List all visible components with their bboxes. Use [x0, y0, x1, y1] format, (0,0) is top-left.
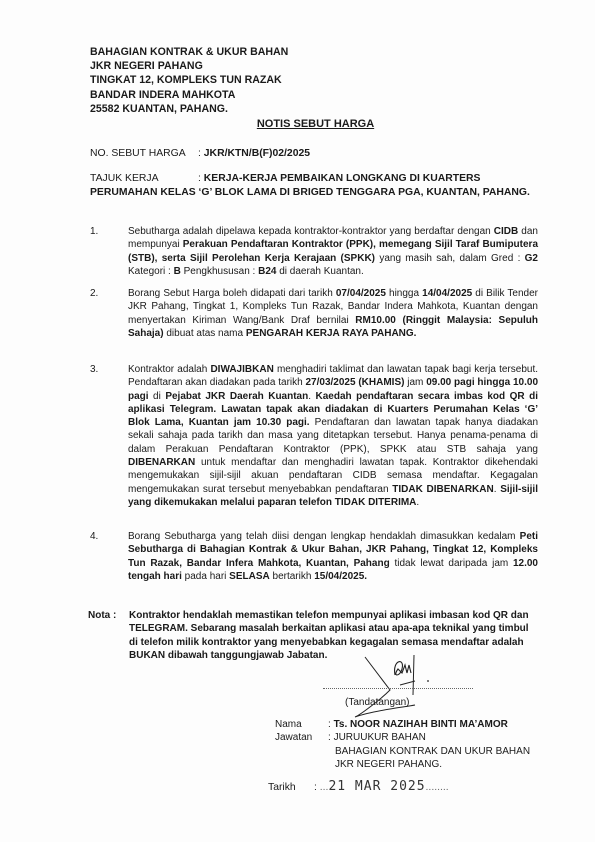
work-title-label: TAJUK KERJA: [90, 172, 198, 186]
address-line: BANDAR INDERA MAHKOTA: [90, 88, 288, 102]
note-text: Kontraktor hendaklah memastikan telefon …: [129, 609, 540, 662]
clause-text: Kontraktor adalah DIWAJIBKAN menghadiri …: [128, 363, 538, 509]
clause-text: Borang Sebutharga yang telah diisi denga…: [128, 530, 538, 583]
work-title: TAJUK KERJA: KERJA-KERJA PEMBAIKAN LONGK…: [90, 172, 535, 199]
date-stamp: 21 MAR 2025: [328, 779, 425, 794]
address-line: JKR NEGERI PAHANG: [90, 59, 288, 73]
clause-2: 2. Borang Sebut Harga boleh didapati dar…: [90, 287, 538, 340]
clause-number: 3.: [90, 363, 98, 376]
name-value: Ts. NOOR NAZIHAH BINTI MA’AMOR: [334, 719, 508, 730]
position-line: JKR NEGERI PAHANG.: [335, 758, 530, 771]
signature-line: [323, 688, 473, 689]
clause-1: 1. Sebutharga adalah dipelawa kepada kon…: [90, 225, 538, 278]
position-line: BAHAGIAN KONTRAK DAN UKUR BAHAN: [335, 745, 530, 758]
address-line: TINGKAT 12, KOMPLEKS TUN RAZAK: [90, 73, 288, 87]
clause-number: 2.: [90, 287, 98, 300]
note-section: Nota : Kontraktor hendaklah memastikan t…: [88, 609, 540, 662]
date-field: Tarikh: ...21 MAR 2025........: [268, 779, 449, 794]
clause-number: 1.: [90, 225, 98, 238]
clause-4: 4. Borang Sebutharga yang telah diisi de…: [90, 530, 538, 583]
position-line: JURUUKUR BAHAN: [334, 732, 426, 743]
note-label: Nota :: [88, 609, 116, 622]
signature-icon: [350, 655, 470, 725]
clause-3: 3. Kontraktor adalah DIWAJIBKAN menghadi…: [90, 363, 538, 509]
reference-label: NO. SEBUT HARGA: [90, 148, 198, 159]
address-line: BAHAGIAN KONTRAK & UKUR BAHAN: [90, 45, 288, 59]
name-label: Nama: [275, 718, 328, 731]
signature-caption: (Tandatangan): [345, 697, 410, 708]
reference-number: NO. SEBUT HARGA: JKR/KTN/B(F)02/2025: [90, 148, 310, 159]
clause-text: Sebutharga adalah dipelawa kepada kontra…: [128, 225, 538, 278]
document-title: NOTIS SEBUT HARGA: [0, 118, 595, 130]
signatory-details: Nama: Ts. NOOR NAZIHAH BINTI MA’AMOR Jaw…: [275, 718, 530, 772]
document-page: BAHAGIAN KONTRAK & UKUR BAHAN JKR NEGERI…: [0, 0, 595, 842]
address-line: 25582 KUANTAN, PAHANG.: [90, 102, 288, 116]
clause-text: Borang Sebut Harga boleh didapati dari t…: [128, 287, 538, 340]
sender-address: BAHAGIAN KONTRAK & UKUR BAHAN JKR NEGERI…: [90, 45, 288, 116]
date-label: Tarikh: [268, 782, 314, 793]
clause-number: 4.: [90, 530, 98, 543]
position-label: Jawatan: [275, 731, 328, 744]
reference-value: JKR/KTN/B(F)02/2025: [204, 148, 310, 159]
